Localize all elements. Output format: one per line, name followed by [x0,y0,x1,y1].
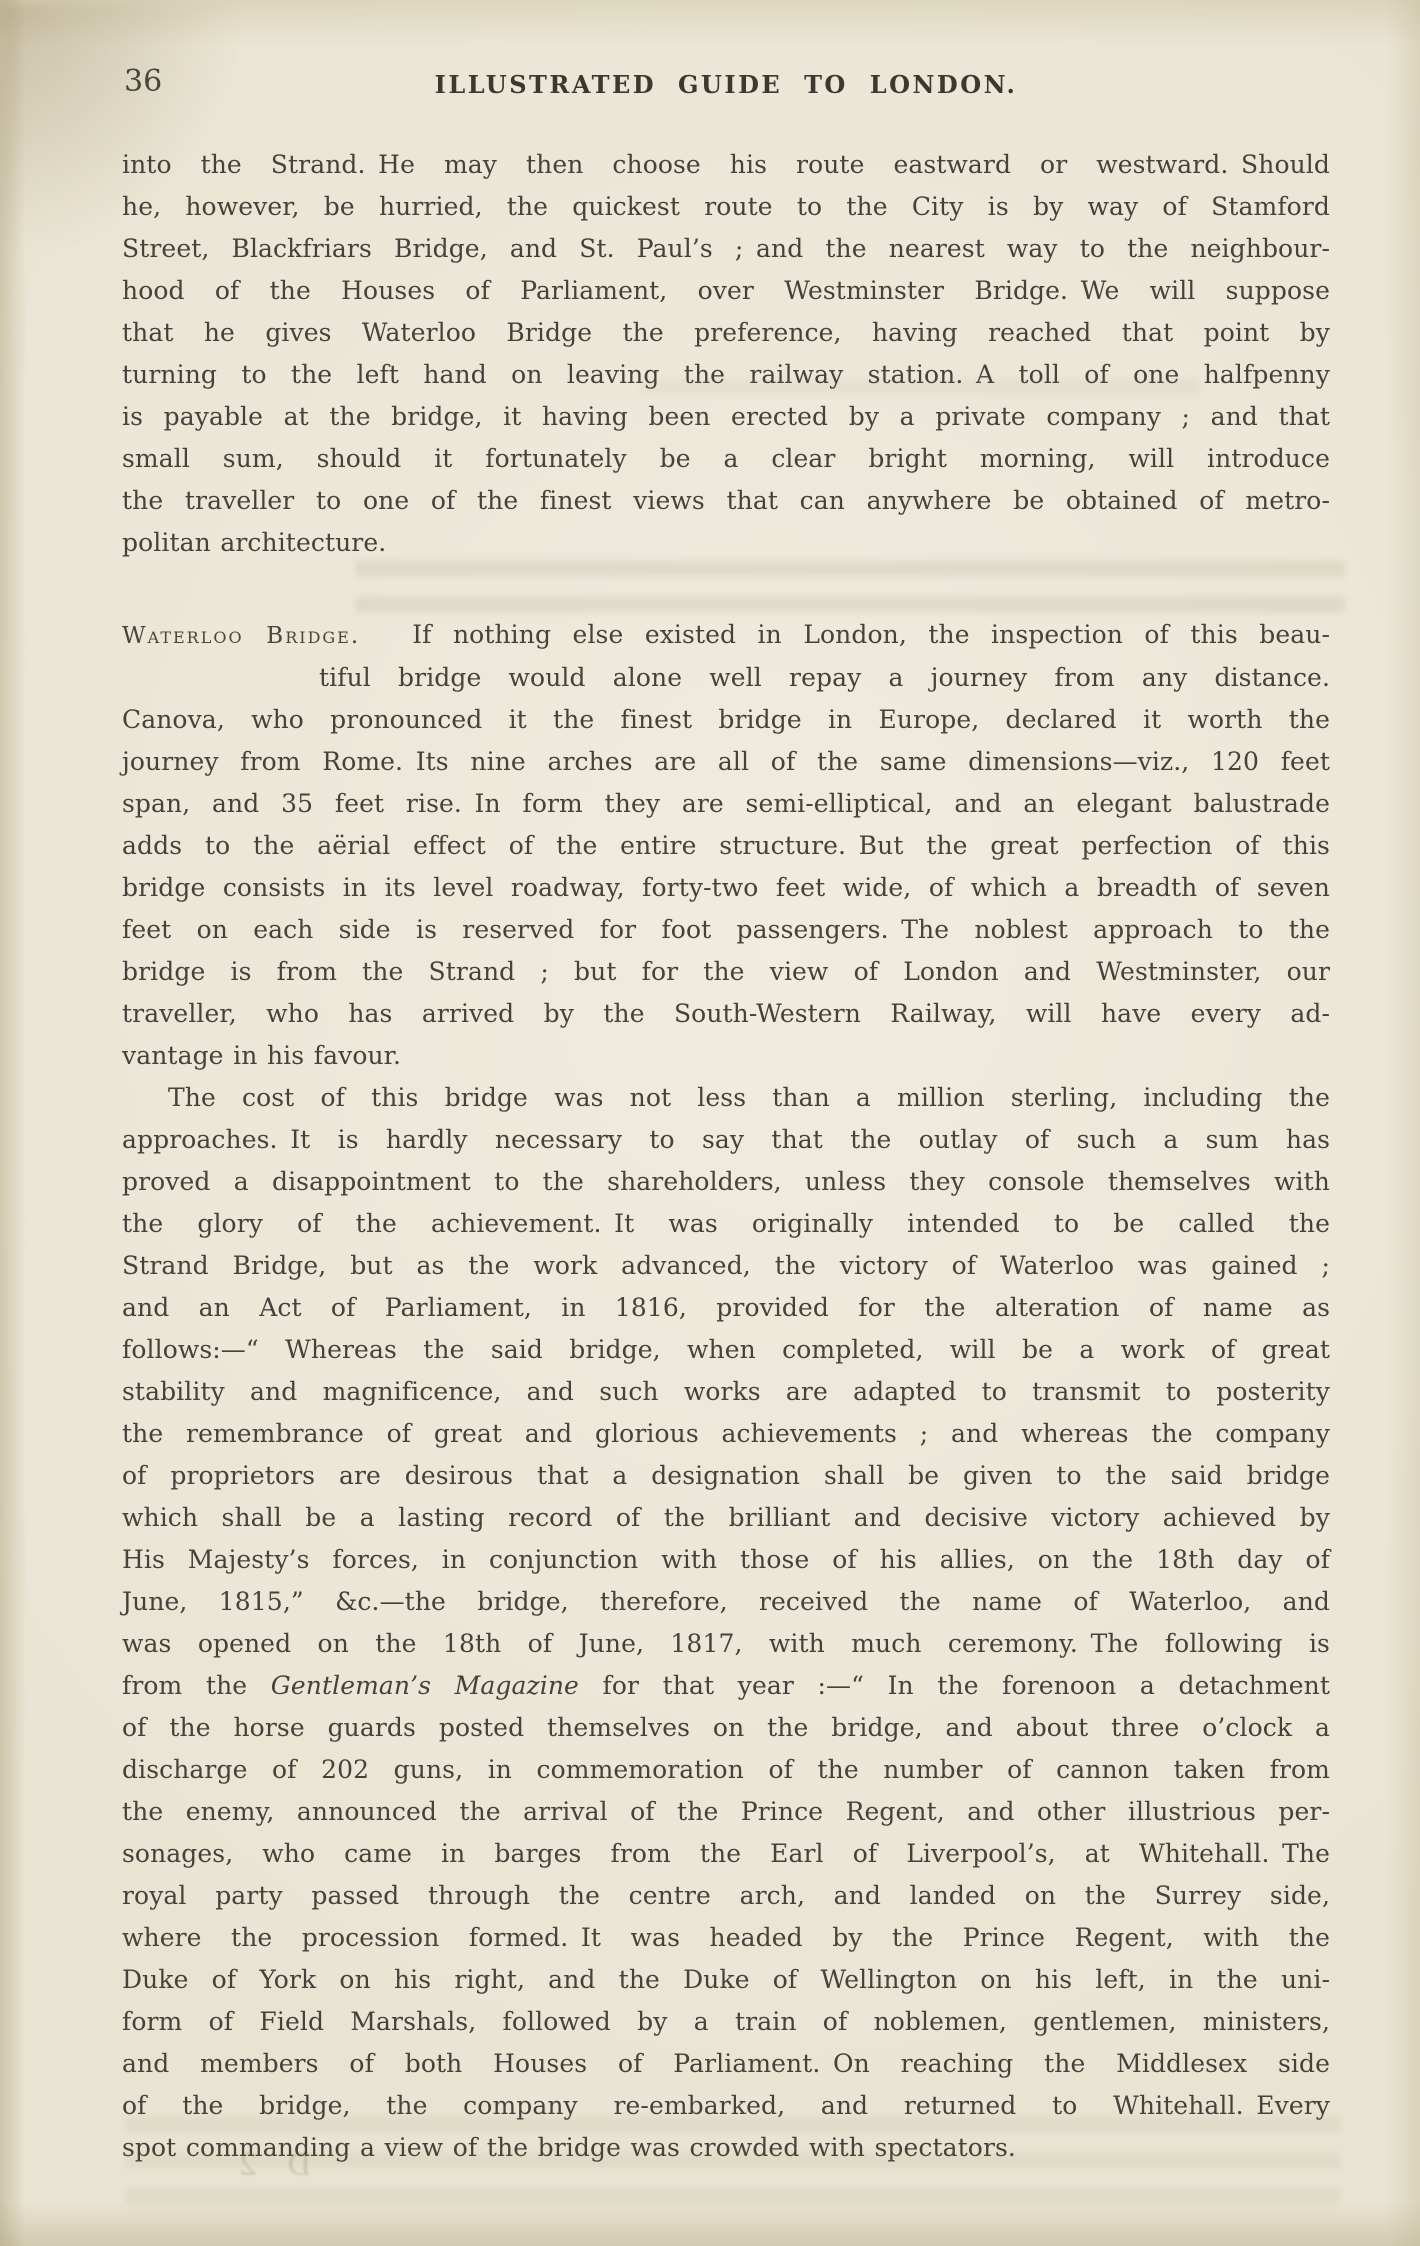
text-line: tiful bridge would alone well repay a jo… [122,657,1330,699]
text-line: traveller, who has arrived by the South-… [122,993,1330,1035]
text-line: journey from Rome. Its nine arches are a… [122,741,1330,783]
text-line: the glory of the achievement. It was ori… [122,1203,1330,1245]
body-text: traveller, who has arrived by the South-… [122,999,1330,1028]
text-line: from the Gentleman’s Magazine for that y… [122,1665,1330,1707]
text-line: that he gives Waterloo Bridge the prefer… [122,312,1330,354]
text-line: the remembrance of great and glorious ac… [122,1413,1330,1455]
text-line: of the bridge, the company re-embarked, … [122,2085,1330,2127]
body-text: His Majesty’s forces, in conjunction wit… [122,1545,1330,1574]
text-line: Duke of York on his right, and the Duke … [122,1959,1330,2001]
body-text: which shall be a lasting record of the b… [122,1503,1330,1532]
paragraph: into the Strand. He may then choose his … [122,144,1330,564]
text-line: spot commanding a view of the bridge was… [122,2127,1330,2169]
body-text: vantage in his favour. [122,1041,401,1070]
text-line: which shall be a lasting record of the b… [122,1497,1330,1539]
body-text: Canova, who pronounced it the finest bri… [122,705,1330,734]
text-line: stability and magnificence, and such wor… [122,1371,1330,1413]
text-line: approaches. It is hardly necessary to sa… [122,1119,1330,1161]
body-text: was opened on the 18th of June, 1817, wi… [122,1629,1330,1658]
text-line: bridge consists in its level roadway, fo… [122,867,1330,909]
body-text: is payable at the bridge, it having been… [122,402,1330,431]
scanned-page: 36 ILLUSTRATED GUIDE TO LONDON. into the… [0,0,1420,2246]
paragraph: The cost of this bridge was not less tha… [122,1077,1330,2169]
body-text: feet on each side is reserved for foot p… [122,915,1330,944]
body-text: discharge of 202 guns, in commemoration … [122,1755,1330,1784]
body-text: bridge consists in its level roadway, fo… [122,873,1330,902]
body-text: stability and magnificence, and such wor… [122,1377,1330,1406]
body-text: where the procession formed. It was head… [122,1923,1330,1952]
body-text: Street, Blackfriars Bridge, and St. Paul… [122,234,1330,263]
text-line: of the horse guards posted themselves on… [122,1707,1330,1749]
text-line: span, and 35 feet rise. In form they are… [122,783,1330,825]
text-line: into the Strand. He may then choose his … [122,144,1330,186]
text-line: follows:—“ Whereas the said bridge, when… [122,1329,1330,1371]
body-text: for that year :—“ In the forenoon a deta… [579,1671,1330,1700]
italic-text: Gentleman’s Magazine [271,1671,579,1700]
text-line: proved a disappointment to the sharehold… [122,1161,1330,1203]
body-text: bridge is from the Strand ; but for the … [122,957,1330,986]
text-line: royal party passed through the centre ar… [122,1875,1330,1917]
text-line: The cost of this bridge was not less tha… [122,1077,1330,1119]
body-text: the enemy, announced the arrival of the … [122,1797,1330,1826]
body-text: tiful bridge would alone well repay a jo… [319,663,1330,692]
body-text: from the [122,1671,271,1700]
text-line: Strand Bridge, but as the work advanced,… [122,1245,1330,1287]
text-line: the enemy, announced the arrival of the … [122,1791,1330,1833]
paragraph: Waterloo Bridge.If nothing else existed … [122,614,1330,1077]
body-text: that he gives Waterloo Bridge the prefer… [122,318,1330,347]
body-text: The cost of this bridge was not less tha… [168,1083,1330,1112]
body-text: he, however, be hurried, the quickest ro… [122,192,1330,221]
text-line: sonages, who came in barges from the Ear… [122,1833,1330,1875]
body-text: and an Act of Parliament, in 1816, provi… [122,1293,1330,1322]
body-text: journey from Rome. Its nine arches are a… [122,747,1330,776]
text-line: and members of both Houses of Parliament… [122,2043,1330,2085]
body-text: follows:—“ Whereas the said bridge, when… [122,1335,1330,1364]
body-text: the glory of the achievement. It was ori… [122,1209,1330,1238]
body-text: and members of both Houses of Parliament… [122,2049,1330,2078]
body-text: proved a disappointment to the sharehold… [122,1167,1330,1196]
text-line: Canova, who pronounced it the finest bri… [122,699,1330,741]
text-line: small sum, should it fortunately be a cl… [122,438,1330,480]
body-text: turning to the left hand on leaving the … [122,360,1330,389]
body-text: spot commanding a view of the bridge was… [122,2133,1016,2162]
page-body: into the Strand. He may then choose his … [122,144,1330,2169]
page-number: 36 [124,64,162,99]
body-text: approaches. It is hardly necessary to sa… [122,1125,1330,1154]
body-text: of the bridge, the company re-embarked, … [122,2091,1330,2120]
text-line: politan architecture. [122,522,1330,564]
text-line: bridge is from the Strand ; but for the … [122,951,1330,993]
text-line: of proprietors are desirous that a desig… [122,1455,1330,1497]
body-text: hood of the Houses of Parliament, over W… [122,276,1330,305]
text-line: and an Act of Parliament, in 1816, provi… [122,1287,1330,1329]
body-text: Duke of York on his right, and the Duke … [122,1965,1330,1994]
body-text: politan architecture. [122,528,386,557]
body-text: span, and 35 feet rise. In form they are… [122,789,1330,818]
body-text: Strand Bridge, but as the work advanced,… [122,1251,1330,1280]
text-line: Waterloo Bridge.If nothing else existed … [122,614,1330,657]
body-text: of the horse guards posted themselves on… [122,1713,1330,1742]
text-line: hood of the Houses of Parliament, over W… [122,270,1330,312]
body-text: If nothing else existed in London, the i… [412,620,1330,649]
body-text: June, 1815,” &c.—the bridge, therefore, … [122,1587,1330,1616]
text-line: discharge of 202 guns, in commemoration … [122,1749,1330,1791]
text-line: turning to the left hand on leaving the … [122,354,1330,396]
body-text: into the Strand. He may then choose his … [122,150,1330,179]
text-line: is payable at the bridge, it having been… [122,396,1330,438]
page-header: 36 ILLUSTRATED GUIDE TO LONDON. [122,64,1330,104]
body-text: small sum, should it fortunately be a cl… [122,444,1330,473]
text-line: where the procession formed. It was head… [122,1917,1330,1959]
running-title: ILLUSTRATED GUIDE TO LONDON. [122,64,1330,99]
body-text: adds to the aërial effect of the entire … [122,831,1330,860]
text-line: Street, Blackfriars Bridge, and St. Paul… [122,228,1330,270]
text-line: His Majesty’s forces, in conjunction wit… [122,1539,1330,1581]
text-line: June, 1815,” &c.—the bridge, therefore, … [122,1581,1330,1623]
body-text: royal party passed through the centre ar… [122,1881,1330,1910]
text-line: adds to the aërial effect of the entire … [122,825,1330,867]
text-line: the traveller to one of the finest views… [122,480,1330,522]
section-sidehead: Waterloo Bridge. [122,623,360,649]
body-text: of proprietors are desirous that a desig… [122,1461,1330,1490]
body-text: the remembrance of great and glorious ac… [122,1419,1330,1448]
text-line: he, however, be hurried, the quickest ro… [122,186,1330,228]
text-line: form of Field Marshals, followed by a tr… [122,2001,1330,2043]
body-text: the traveller to one of the finest views… [122,486,1330,515]
body-text: sonages, who came in barges from the Ear… [122,1839,1330,1868]
body-text: form of Field Marshals, followed by a tr… [122,2007,1330,2036]
text-line: vantage in his favour. [122,1035,1330,1077]
text-line: was opened on the 18th of June, 1817, wi… [122,1623,1330,1665]
text-line: feet on each side is reserved for foot p… [122,909,1330,951]
